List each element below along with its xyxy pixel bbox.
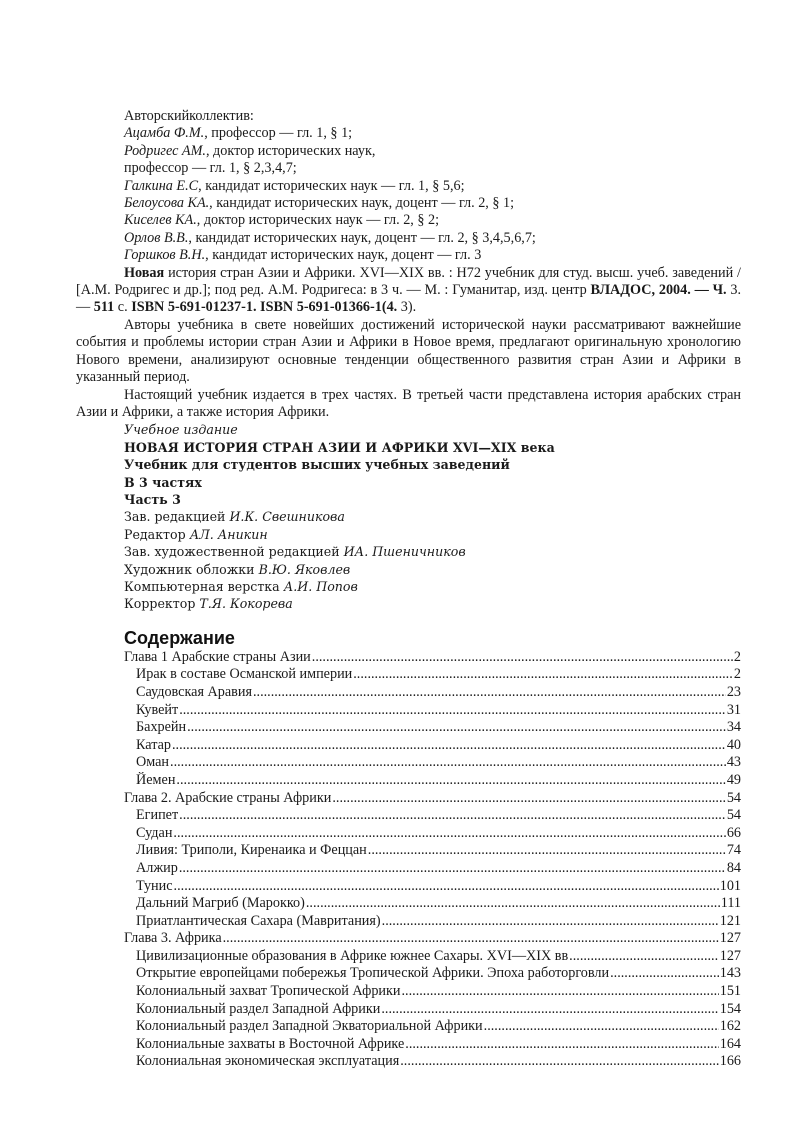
toc-leader-dots bbox=[176, 772, 725, 790]
toc-leader-dots bbox=[172, 737, 726, 755]
toc-entry-title: Алжир bbox=[136, 860, 178, 878]
toc-leader-dots bbox=[179, 702, 726, 720]
toc-entry-title: Кувейт bbox=[136, 702, 178, 720]
toc-entry-title: Цивилизационные образования в Африке южн… bbox=[136, 948, 568, 966]
bibliographic-record: Новая история стран Азии и Африки. XVI—X… bbox=[76, 265, 741, 317]
toc-entry-title: Глава 2. Арабские страны Африки bbox=[124, 790, 331, 808]
toc-entry-title: Открытие европейцами побережья Тропическ… bbox=[136, 965, 609, 983]
toc-entry-title: Бахрейн bbox=[136, 719, 186, 737]
author-name: Родригес АМ. bbox=[124, 143, 206, 159]
toc-leader-dots bbox=[569, 948, 719, 966]
credit-line: Редактор АЛ. Аникин bbox=[76, 526, 741, 543]
document-page: Авторскийколлектив: Ацамба Ф.М., професс… bbox=[76, 108, 741, 1071]
toc-page-number: 23 bbox=[727, 684, 741, 702]
toc-leader-dots bbox=[381, 1001, 718, 1019]
toc-section-link[interactable]: Цивилизационные образования в Африке южн… bbox=[124, 948, 741, 966]
author-entry: Орлов В.В., кандидат исторических наук, … bbox=[76, 230, 741, 247]
toc-entry-title: Египет bbox=[136, 807, 178, 825]
toc-page-number: 43 bbox=[727, 754, 741, 772]
toc-page-number: 127 bbox=[720, 948, 741, 966]
toc-leader-dots bbox=[173, 825, 725, 843]
toc-section-link[interactable]: Ирак в составе Османской империи2 bbox=[124, 666, 741, 684]
credit-line: Компьютерная верстка А.И. Попов bbox=[76, 578, 741, 595]
book-parts: В 3 частях bbox=[76, 474, 741, 491]
author-entry: Родригес АМ., доктор исторических наук, bbox=[76, 143, 741, 160]
authors-heading: Авторскийколлектив: bbox=[76, 108, 741, 125]
author-entry: профессор — гл. 1, § 2,3,4,7; bbox=[76, 160, 741, 177]
toc-entry-title: Йемен bbox=[136, 772, 175, 790]
toc-chapter-link[interactable]: Глава 3. Африка127 bbox=[124, 930, 741, 948]
toc-page-number: 54 bbox=[727, 790, 741, 808]
toc-entry-title: Судан bbox=[136, 825, 172, 843]
toc-entry-title: Дальний Магриб (Марокко) bbox=[136, 895, 305, 913]
toc-section-link[interactable]: Колониальный раздел Западной Экваториаль… bbox=[124, 1018, 741, 1036]
toc-entry-title: Катар bbox=[136, 737, 171, 755]
toc-entry-title: Ливия: Триполи, Киренаика и Феццан bbox=[136, 842, 367, 860]
toc-page-number: 2 bbox=[734, 649, 741, 667]
author-name: Галкина Е.С bbox=[124, 178, 198, 194]
toc-page-number: 34 bbox=[727, 719, 741, 737]
toc-leader-dots bbox=[400, 1053, 718, 1071]
author-entry: Галкина Е.С, кандидат исторических наук … bbox=[76, 178, 741, 195]
toc-entry-title: Саудовская Аравия bbox=[136, 684, 252, 702]
toc-page-number: 111 bbox=[721, 895, 741, 913]
author-entry: Горшков В.Н., кандидат исторических наук… bbox=[76, 247, 741, 264]
toc-page-number: 2 bbox=[734, 666, 741, 684]
toc-section-link[interactable]: Колониальный захват Тропической Африки15… bbox=[124, 983, 741, 1001]
author-name: Белоусова КА. bbox=[124, 195, 209, 211]
credit-line: Зав. художественной редакцией ИА. Пшенич… bbox=[76, 543, 741, 560]
toc-page-number: 101 bbox=[720, 878, 741, 896]
edition-type: Учебное издание bbox=[76, 421, 741, 438]
toc-page-number: 66 bbox=[727, 825, 741, 843]
author-entry: Ацамба Ф.М., профессор — гл. 1, § 1; bbox=[76, 125, 741, 142]
toc-page-number: 49 bbox=[727, 772, 741, 790]
toc-section-link[interactable]: Колониальный раздел Западной Африки154 bbox=[124, 1001, 741, 1019]
toc-page-number: 164 bbox=[720, 1036, 741, 1054]
toc-page-number: 54 bbox=[727, 807, 741, 825]
table-of-contents: Глава 1 Арабские страны Азии2Ирак в сост… bbox=[124, 649, 741, 1071]
toc-leader-dots bbox=[610, 965, 719, 983]
toc-page-number: 74 bbox=[727, 842, 741, 860]
toc-leader-dots bbox=[179, 860, 726, 878]
toc-leader-dots bbox=[405, 1036, 718, 1054]
toc-section-link[interactable]: Бахрейн34 bbox=[124, 719, 741, 737]
author-name: Киселев КА. bbox=[124, 212, 197, 228]
toc-section-link[interactable]: Алжир84 bbox=[124, 860, 741, 878]
toc-section-link[interactable]: Тунис101 bbox=[124, 878, 741, 896]
toc-section-link[interactable]: Саудовская Аравия23 bbox=[124, 684, 741, 702]
toc-page-number: 143 bbox=[720, 965, 741, 983]
toc-leader-dots bbox=[170, 754, 726, 772]
toc-entry-title: Колониальный раздел Западной Экваториаль… bbox=[136, 1018, 483, 1036]
toc-page-number: 154 bbox=[720, 1001, 741, 1019]
toc-leader-dots bbox=[253, 684, 726, 702]
toc-leader-dots bbox=[484, 1018, 719, 1036]
toc-page-number: 40 bbox=[727, 737, 741, 755]
toc-entry-title: Ирак в составе Османской империи bbox=[136, 666, 352, 684]
toc-section-link[interactable]: Колониальные захваты в Восточной Африке1… bbox=[124, 1036, 741, 1054]
abstract-paragraph: Настоящий учебник издается в трех частях… bbox=[76, 387, 741, 422]
credit-line: Корректор Т.Я. Кокорева bbox=[76, 595, 741, 612]
toc-leader-dots bbox=[332, 790, 725, 808]
author-name: Ацамба Ф.М. bbox=[124, 125, 204, 141]
toc-page-number: 151 bbox=[720, 983, 741, 1001]
toc-section-link[interactable]: Египет54 bbox=[124, 807, 741, 825]
toc-entry-title: Приатлантическая Сахара (Мавритания) bbox=[136, 913, 381, 931]
toc-page-number: 127 bbox=[720, 930, 741, 948]
toc-page-number: 162 bbox=[720, 1018, 741, 1036]
toc-leader-dots bbox=[306, 895, 720, 913]
book-part: Часть 3 bbox=[76, 491, 741, 508]
toc-leader-dots bbox=[179, 807, 726, 825]
toc-page-number: 31 bbox=[727, 702, 741, 720]
toc-section-link[interactable]: Кувейт31 bbox=[124, 702, 741, 720]
toc-leader-dots bbox=[368, 842, 726, 860]
toc-entry-title: Колониальная экономическая эксплуатация bbox=[136, 1053, 399, 1071]
toc-leader-dots bbox=[174, 878, 719, 896]
toc-section-link[interactable]: Приатлантическая Сахара (Мавритания)121 bbox=[124, 913, 741, 931]
toc-section-link[interactable]: Дальний Магриб (Марокко)111 bbox=[124, 895, 741, 913]
toc-leader-dots bbox=[223, 930, 719, 948]
toc-section-link[interactable]: Колониальная экономическая эксплуатация1… bbox=[124, 1053, 741, 1071]
toc-chapter-link[interactable]: Глава 1 Арабские страны Азии2 bbox=[124, 649, 741, 667]
toc-entry-title: Глава 3. Африка bbox=[124, 930, 222, 948]
toc-entry-title: Колониальный раздел Западной Африки bbox=[136, 1001, 380, 1019]
credit-line: Художник обложки В.Ю. Яковлев bbox=[76, 561, 741, 578]
toc-leader-dots bbox=[382, 913, 719, 931]
toc-entry-title: Глава 1 Арабские страны Азии bbox=[124, 649, 311, 667]
toc-page-number: 121 bbox=[720, 913, 741, 931]
toc-leader-dots bbox=[187, 719, 726, 737]
toc-chapter-link[interactable]: Глава 2. Арабские страны Африки54 bbox=[124, 790, 741, 808]
toc-page-number: 166 bbox=[720, 1053, 741, 1071]
toc-leader-dots bbox=[312, 649, 733, 667]
book-subtitle: Учебник для студентов высших учебных зав… bbox=[76, 456, 741, 473]
authors-block: Авторскийколлектив: Ацамба Ф.М., професс… bbox=[76, 108, 741, 265]
toc-entry-title: Тунис bbox=[136, 878, 173, 896]
author-entry: Белоусова КА., кандидат исторических нау… bbox=[76, 195, 741, 212]
toc-entry-title: Оман bbox=[136, 754, 169, 772]
toc-section-link[interactable]: Йемен49 bbox=[124, 772, 741, 790]
toc-entry-title: Колониальные захваты в Восточной Африке bbox=[136, 1036, 404, 1054]
toc-leader-dots bbox=[402, 983, 719, 1001]
credit-line: Зав. редакцией И.К. Свешникова bbox=[76, 508, 741, 525]
toc-leader-dots bbox=[353, 666, 733, 684]
author-entry: Киселев КА., доктор исторических наук — … bbox=[76, 212, 741, 229]
toc-section-link[interactable]: Катар40 bbox=[124, 737, 741, 755]
toc-title: Содержание bbox=[124, 627, 741, 649]
toc-section-link[interactable]: Ливия: Триполи, Киренаика и Феццан74 bbox=[124, 842, 741, 860]
toc-section-link[interactable]: Судан66 bbox=[124, 825, 741, 843]
toc-section-link[interactable]: Оман43 bbox=[124, 754, 741, 772]
abstract-paragraph: Авторы учебника в свете новейших достиже… bbox=[76, 317, 741, 387]
book-title: НОВАЯ ИСТОРИЯ СТРАН АЗИИ И АФРИКИ XVI—XI… bbox=[76, 439, 741, 456]
author-name: Орлов В.В. bbox=[124, 230, 188, 246]
toc-section-link[interactable]: Открытие европейцами побережья Тропическ… bbox=[124, 965, 741, 983]
toc-page-number: 84 bbox=[727, 860, 741, 878]
author-name: Горшков В.Н. bbox=[124, 247, 205, 263]
toc-entry-title: Колониальный захват Тропической Африки bbox=[136, 983, 401, 1001]
